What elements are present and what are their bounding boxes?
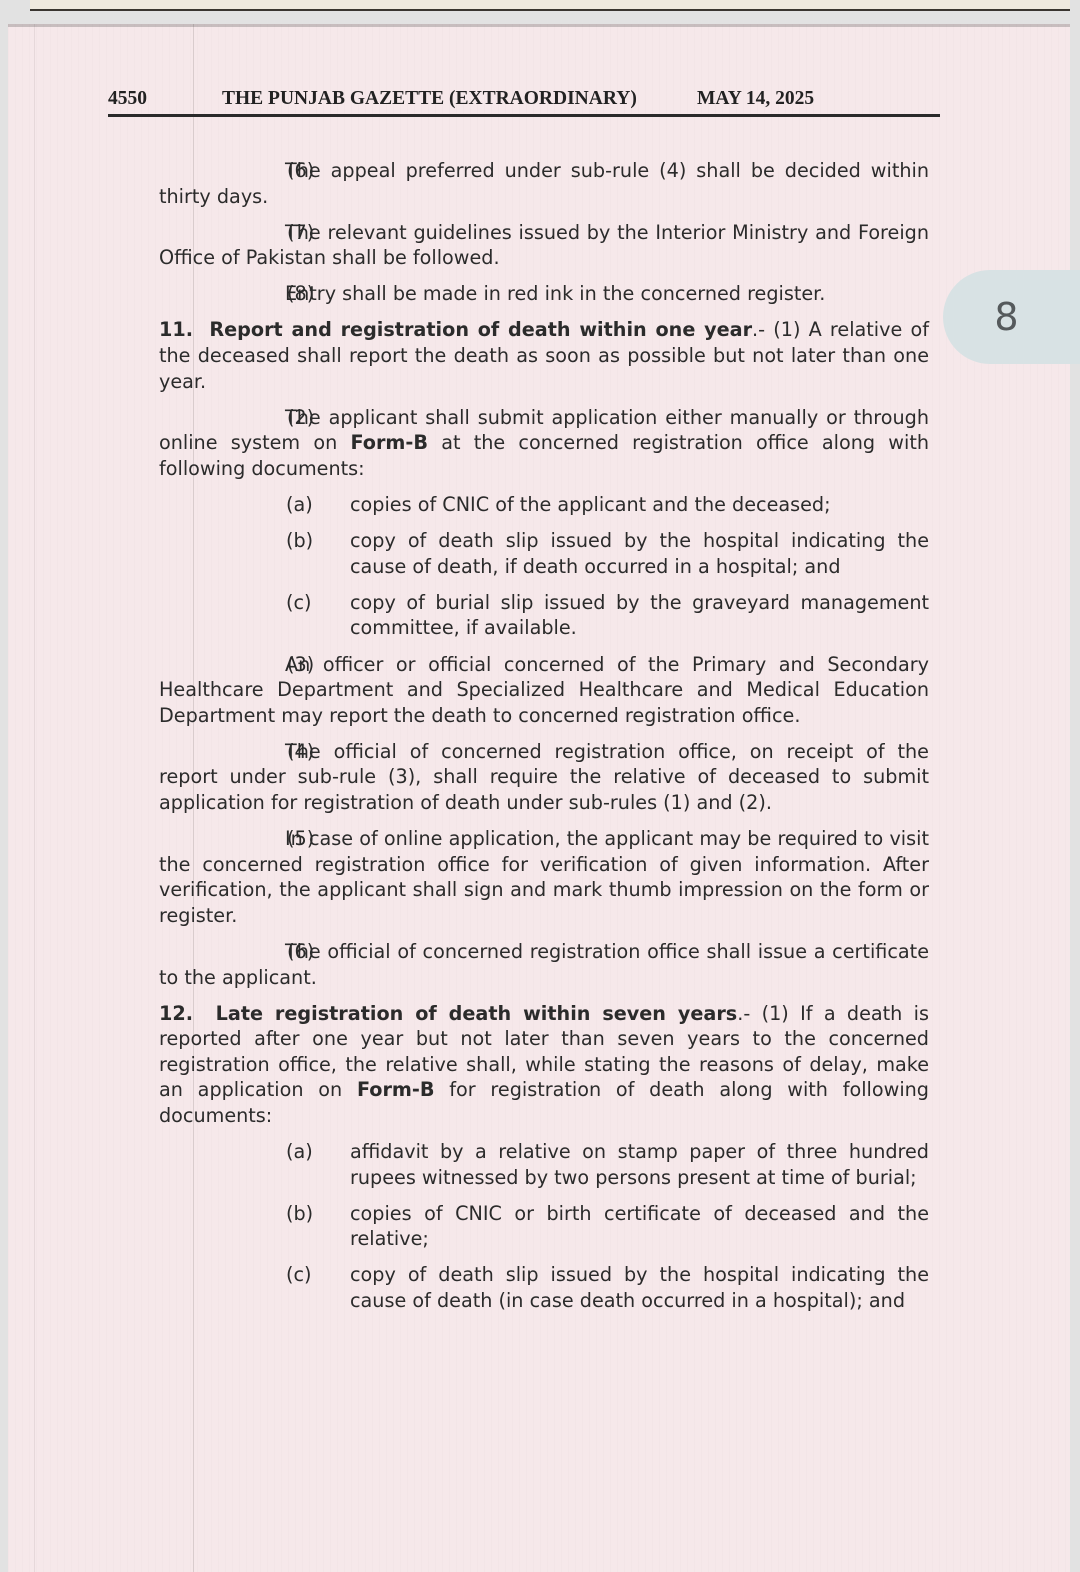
- gazette-date: MAY 14, 2025: [697, 88, 814, 110]
- header-rule: [108, 114, 940, 117]
- scan-edge: [8, 24, 1070, 27]
- list-item: (b)copy of death slip issued by the hosp…: [286, 528, 929, 579]
- section-12-documents-list: (a)affidavit by a relative on stamp pape…: [286, 1139, 929, 1314]
- list-item: (a)copies of CNIC of the applicant and t…: [286, 492, 929, 518]
- document-body: (6)The appeal preferred under sub-rule (…: [159, 158, 929, 1324]
- section-11-sub-5: (5)In case of online application, the ap…: [159, 826, 929, 928]
- page-indicator-badge[interactable]: 8: [943, 270, 1080, 364]
- list-item: (c)copy of death slip issued by the hosp…: [286, 1262, 929, 1313]
- section-11-sub-3: (3)An officer or official concerned of t…: [159, 652, 929, 729]
- section-11-sub-6: (6)The official of concerned registratio…: [159, 939, 929, 990]
- paragraph-6: (6)The appeal preferred under sub-rule (…: [159, 158, 929, 209]
- list-item: (b)copies of CNIC or birth certificate o…: [286, 1201, 929, 1252]
- section-number: 12.: [159, 1002, 193, 1025]
- section-title: Late registration of death within seven …: [216, 1002, 738, 1025]
- section-11-sub-4: (4)The official of concerned registratio…: [159, 739, 929, 816]
- list-item: (a)affidavit by a relative on stamp pape…: [286, 1139, 929, 1190]
- page-header: 4550 THE PUNJAB GAZETTE (EXTRAORDINARY) …: [108, 88, 940, 114]
- section-12-heading: 12. Late registration of death within se…: [159, 1001, 929, 1129]
- paragraph-7: (7)The relevant guidelines issued by the…: [159, 220, 929, 271]
- page-number: 4550: [108, 88, 147, 110]
- section-number: 11.: [159, 318, 193, 341]
- section-11-heading: 11. Report and registration of death wit…: [159, 317, 929, 394]
- paragraph-8: (8)Entry shall be made in red ink in the…: [159, 281, 929, 307]
- form-b-reference: Form-B: [357, 1078, 435, 1101]
- section-11-sub-2: (2)The applicant shall submit applicatio…: [159, 405, 929, 482]
- previous-page-edge: [30, 0, 1070, 11]
- section-title: Report and registration of death within …: [209, 318, 752, 341]
- form-b-reference: Form-B: [350, 431, 428, 454]
- list-item: (c)copy of burial slip issued by the gra…: [286, 590, 929, 641]
- section-11-documents-list: (a)copies of CNIC of the applicant and t…: [286, 492, 929, 641]
- gazette-title: THE PUNJAB GAZETTE (EXTRAORDINARY): [222, 88, 637, 110]
